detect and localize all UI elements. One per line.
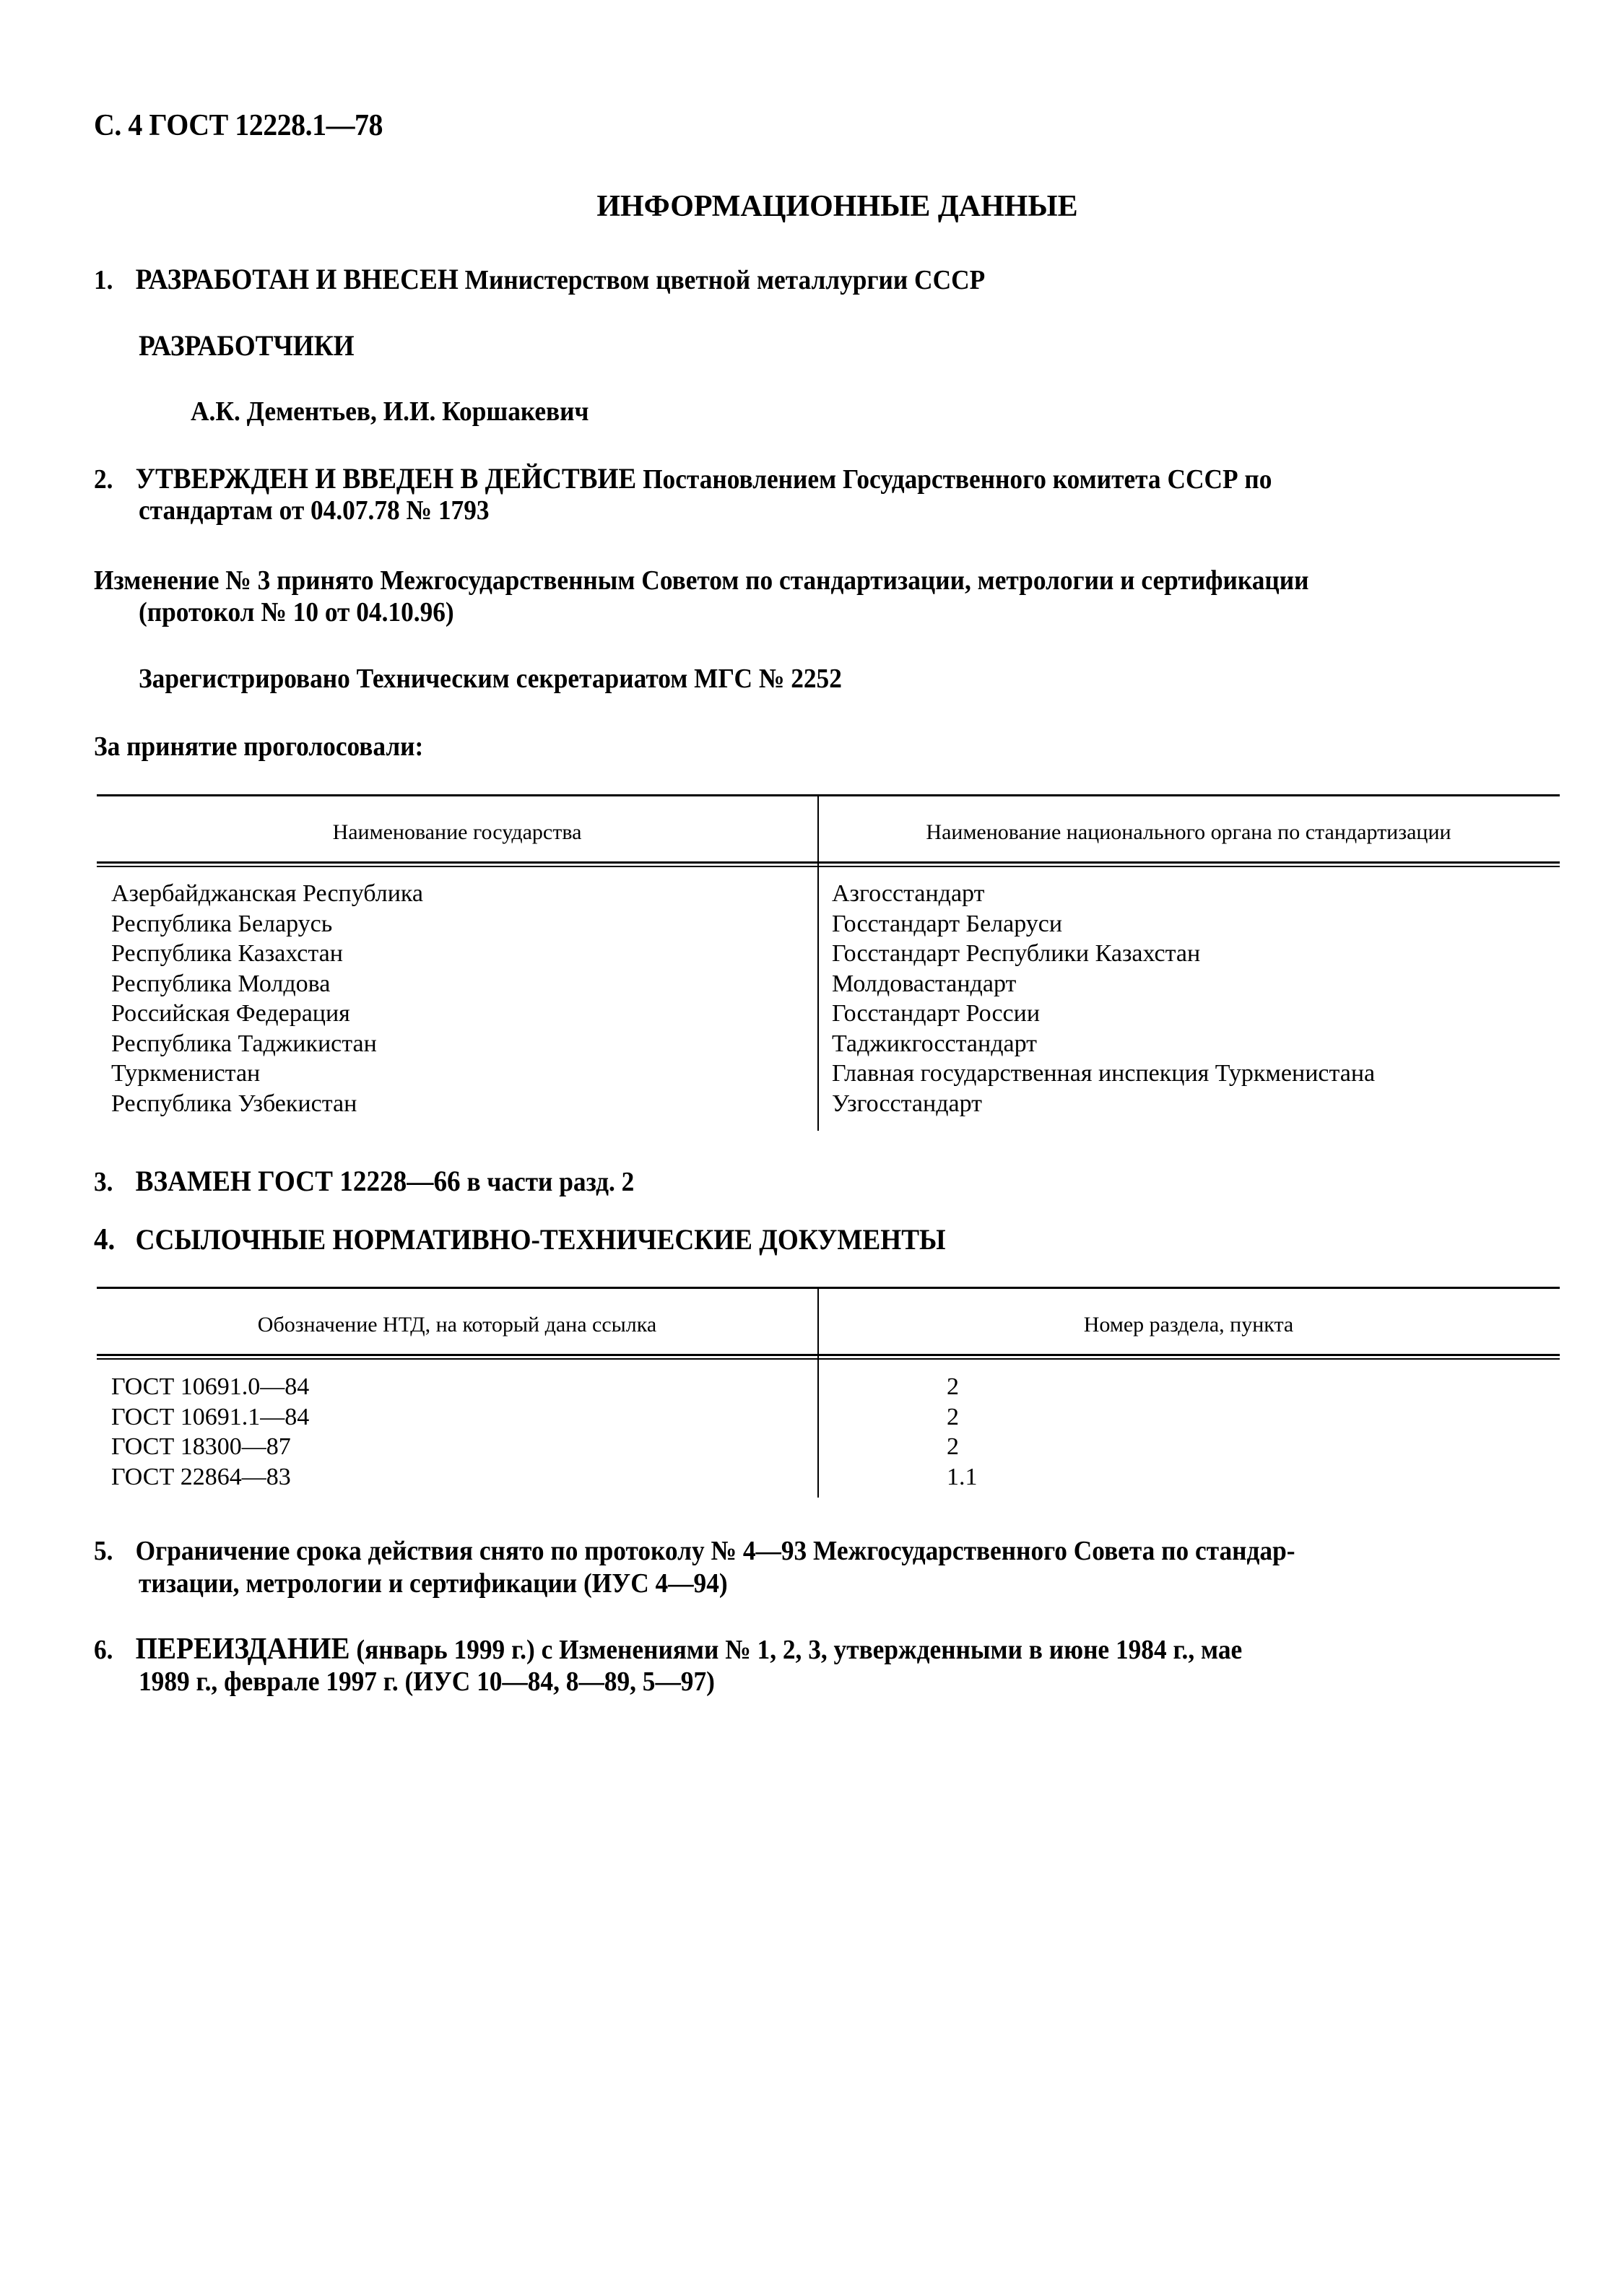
item-number: 3. [94,1166,136,1199]
table-cell-document: ГОСТ 10691.1—84 [111,1402,309,1433]
column-header-section: Номер раздела, пункта [817,1313,1560,1337]
change-3-line2: (протокол № 10 от 04.10.96) [139,596,454,629]
table-rule-header [97,861,1560,867]
column-sections: 2 2 2 1.1 [947,1372,978,1492]
item-text: (январь 1999 г.) с Изменениями № 1, 2, 3… [356,1635,1242,1665]
column-header-standards-body: Наименование национального органа по ста… [817,820,1560,845]
item-text: Ограничение срока действия снято по прот… [136,1536,1295,1566]
item-caps: УТВЕРЖДЕН И ВВЕДЕН В ДЕЙСТВИЕ [136,462,637,495]
item-number: 2. [94,464,136,496]
item-6-reissue-line2: 1989 г., феврале 1997 г. (ИУС 10—84, 8—8… [139,1666,715,1698]
table-cell-standards-body: Молдовастандарт [832,969,1375,999]
table-cell-standards-body: Госстандарт Республики Казахстан [832,939,1375,969]
item-text: в части разд. 2 [466,1167,634,1197]
developers-names: А.К. Дементьев, И.И. Коршакевич [191,396,589,428]
item-3-replaces: 3.ВЗАМЕН ГОСТ 12228—66 в части разд. 2 [94,1165,634,1199]
item-2-approved: 2.УТВЕРЖДЕН И ВВЕДЕН В ДЕЙСТВИЕ Постанов… [94,462,1437,496]
running-head: С. 4 ГОСТ 12228.1—78 [94,108,383,143]
table-cell-document: ГОСТ 22864—83 [111,1462,309,1493]
item-1-developed-by: 1.РАЗРАБОТАН И ВНЕСЕН Министерством цвет… [94,263,985,297]
column-documents: ГОСТ 10691.0—84 ГОСТ 10691.1—84 ГОСТ 183… [111,1372,309,1492]
voted-label: За принятие проголосовали: [94,731,423,763]
table-cell-state: Туркменистан [111,1059,423,1089]
item-5-validity-limit: 5.Ограничение срока действия снято по пр… [94,1535,1295,1568]
column-header-state: Наименование государства [97,820,817,845]
item-text: Министерством цветной металлургии СССР [465,265,986,295]
table-cell-state: Республика Казахстан [111,939,423,969]
column-header-document: Обозначение НТД, на который дана ссылка [97,1313,817,1337]
table-cell-state: Республика Беларусь [111,909,423,939]
table-rule-top [97,794,1560,796]
item-6-reissue: 6.ПЕРЕИЗДАНИЕ (январь 1999 г.) с Изменен… [94,1633,1242,1667]
column-states: Азербайджанская Республика Республика Бе… [111,879,423,1118]
table-cell-standards-body: Госстандарт России [832,999,1375,1029]
table-rule-header [97,1354,1560,1360]
item-5-validity-limit-line2: тизации, метрологии и сертификации (ИУС … [139,1568,728,1600]
table-cell-standards-body: Таджикгосстандарт [832,1029,1375,1059]
item-caps: ССЫЛОЧНЫЕ НОРМАТИВНО-ТЕХНИЧЕСКИЕ ДОКУМЕН… [136,1223,946,1256]
table-cell-document: ГОСТ 10691.0—84 [111,1372,309,1402]
table-rule-top [97,1287,1560,1289]
table-cell-standards-body: Узгосстандарт [832,1089,1375,1119]
item-4-references-heading: 4.ССЫЛОЧНЫЕ НОРМАТИВНО-ТЕХНИЧЕСКИЕ ДОКУМ… [94,1223,946,1256]
table-cell-state: Республика Таджикистан [111,1029,423,1059]
table-cell-standards-body: Госстандарт Беларуси [832,909,1375,939]
table-cell-state: Российская Федерация [111,999,423,1029]
item-caps: ВЗАМЕН ГОСТ 12228—66 [136,1165,461,1197]
item-caps: РАЗРАБОТАН И ВНЕСЕН [136,263,459,295]
item-number: 1. [94,264,136,297]
table-cell-state: Республика Узбекистан [111,1089,423,1119]
voting-table: Наименование государства Наименование на… [97,794,1560,1131]
developers-heading: РАЗРАБОТЧИКИ [139,329,355,362]
item-number: 6. [94,1634,136,1667]
table-cell-document: ГОСТ 18300—87 [111,1432,309,1462]
references-table: Обозначение НТД, на который дана ссылка … [97,1287,1560,1498]
item-text: Постановлением Государственного комитета… [643,464,1272,495]
change-3-line1: Изменение № 3 принято Межгосударственным… [94,565,1308,597]
item-number: 4. [94,1224,136,1256]
table-cell-state: Азербайджанская Республика [111,879,423,909]
table-cell-state: Республика Молдова [111,969,423,999]
registration-note: Зарегистрировано Техническим секретариат… [139,663,842,695]
table-cell-standards-body: Азгосстандарт [832,879,1375,909]
table-cell-section: 2 [947,1432,978,1462]
page-title: ИНФОРМАЦИОННЫЕ ДАННЫЕ [0,189,1624,224]
item-number: 5. [94,1535,136,1568]
table-cell-section: 1.1 [947,1462,978,1493]
document-page: С. 4 ГОСТ 12228.1—78 ИНФОРМАЦИОННЫЕ ДАНН… [0,0,1624,2281]
item-2-approved-line2: стандартам от 04.07.78 № 1793 [139,495,490,527]
column-standards-bodies: Азгосстандарт Госстандарт Беларуси Госст… [832,879,1375,1118]
table-cell-standards-body: Главная государственная инспекция Туркме… [832,1059,1375,1089]
item-caps: ПЕРЕИЗДАНИЕ [136,1633,350,1666]
table-cell-section: 2 [947,1372,978,1402]
table-cell-section: 2 [947,1402,978,1433]
